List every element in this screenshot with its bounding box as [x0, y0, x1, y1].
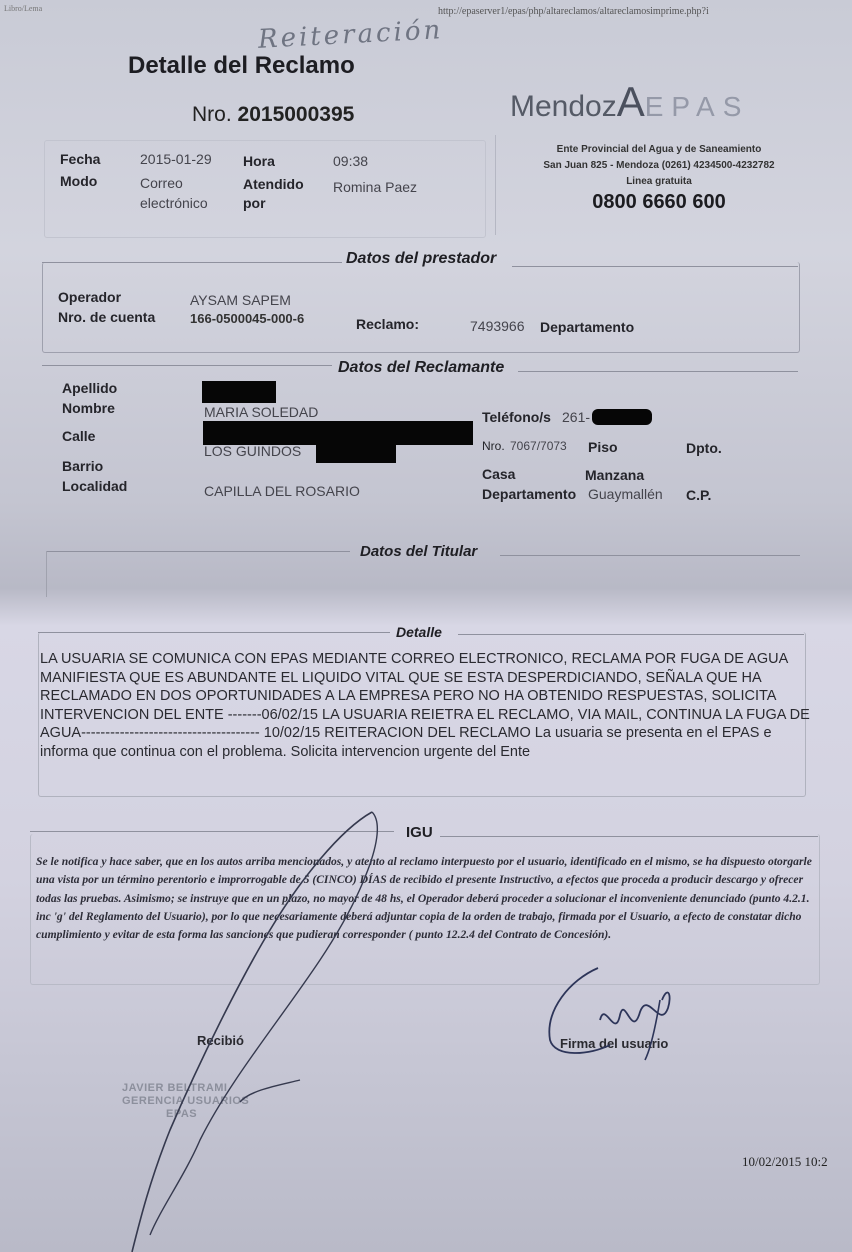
nombre-value: MARIA SOLEDAD — [204, 404, 318, 420]
hora-label: Hora — [243, 153, 275, 169]
claim-number: Nro. 2015000395 — [192, 103, 354, 127]
stamp-line-dept: GERENCIA USUARIOS — [122, 1095, 249, 1108]
nro-value: 7067/7073 — [510, 439, 567, 453]
prestador-rule-left — [42, 262, 342, 263]
received-stamp: JAVIER BELTRAMI GERENCIA USUARIOS EPAS — [122, 1082, 249, 1121]
logo-epas: EPAS — [645, 91, 750, 122]
modo-value-1: Correo — [140, 175, 183, 191]
operador-value: AYSAM SAPEM — [190, 292, 291, 308]
prestador-title: Datos del prestador — [340, 250, 502, 268]
header-divider — [495, 135, 496, 235]
reclamante-departamento-label: Departamento — [482, 486, 576, 502]
prestador-rule-right — [512, 266, 798, 267]
document-title: Detalle del Reclamo — [128, 52, 355, 80]
detalle-rule-right — [458, 634, 804, 635]
manzana-label: Manzana — [585, 467, 644, 483]
telefono-redacted — [592, 409, 652, 425]
atendido-label-2: por — [243, 195, 266, 211]
telefono-value: 261- — [562, 409, 590, 425]
nro-label: Nro. — [482, 439, 505, 453]
reclamo-value: 7493966 — [470, 318, 525, 334]
igu-rule-left — [30, 831, 394, 832]
reclamante-rule-right — [518, 371, 798, 372]
free-line-number: 0800 6660 600 — [520, 194, 798, 210]
localidad-value: CAPILLA DEL ROSARIO — [204, 483, 360, 499]
reclamante-title: Datos del Reclamante — [332, 359, 510, 377]
ente-address: San Juan 825 - Mendoza (0261) 4234500-42… — [520, 158, 798, 174]
cp-label: C.P. — [686, 487, 711, 503]
stamp-line-name: JAVIER BELTRAMI — [122, 1082, 249, 1095]
apellido-redacted — [202, 381, 276, 403]
igu-title: IGU — [400, 824, 439, 841]
localidad-label: Localidad — [62, 478, 127, 494]
titular-rule-right — [500, 555, 800, 556]
cuenta-label: Nro. de cuenta — [58, 309, 155, 325]
prestador-departamento-label: Departamento — [540, 319, 634, 335]
modo-value-2: electrónico — [140, 195, 208, 211]
prestador-box — [42, 262, 800, 353]
detalle-text: LA USUARIA SE COMUNICA CON EPAS MEDIANTE… — [40, 650, 810, 761]
corner-note: Libro/Lema — [4, 4, 42, 13]
operador-label: Operador — [58, 289, 121, 305]
hora-value: 09:38 — [333, 153, 368, 169]
reclamante-rule-left — [42, 365, 332, 366]
print-url: http://epaserver1/epas/php/altareclamos/… — [438, 6, 709, 17]
logo-a-icon: A — [617, 78, 645, 125]
calle-redacted — [203, 421, 473, 445]
dpto-label: Dpto. — [686, 440, 722, 456]
ente-info: Ente Provincial del Agua y de Saneamient… — [520, 142, 798, 210]
modo-label: Modo — [60, 173, 97, 189]
titular-box-left — [46, 551, 47, 597]
detalle-rule-left — [38, 632, 390, 633]
detalle-title: Detalle — [390, 624, 448, 640]
atendido-label-1: Atendido — [243, 176, 304, 192]
handwritten-note: Reiteración — [257, 15, 444, 55]
claim-number-label: Nro. — [192, 103, 232, 126]
nombre-label: Nombre — [62, 400, 115, 416]
free-line-label: Linea gratuita — [520, 174, 798, 190]
igu-rule-right — [440, 836, 818, 837]
cuenta-value: 166-0500045-000-6 — [190, 311, 304, 326]
casa-label: Casa — [482, 466, 515, 482]
barrio-label: Barrio — [62, 458, 103, 474]
stamp-line-org: EPAS — [122, 1108, 249, 1121]
ente-name: Ente Provincial del Agua y de Saneamient… — [520, 142, 798, 158]
calle-extra: LOS GUINDOS — [204, 443, 301, 459]
titular-rule-left — [46, 551, 350, 552]
atendido-value: Romina Paez — [333, 179, 417, 195]
titular-title: Datos del Titular — [354, 543, 483, 560]
recibio-label: Recibió — [197, 1033, 244, 1048]
igu-text: Se le notifica y hace saber, que en los … — [36, 853, 816, 944]
telefono-label: Teléfono/s — [482, 409, 551, 425]
print-timestamp: 10/02/2015 10:2 — [742, 1154, 828, 1170]
piso-label: Piso — [588, 439, 618, 455]
claim-number-value: 2015000395 — [238, 103, 355, 126]
reclamo-label: Reclamo: — [356, 316, 419, 332]
calle-label: Calle — [62, 428, 95, 444]
fecha-value: 2015-01-29 — [140, 151, 212, 167]
mendoza-epas-logo: MendozAEPAS — [510, 78, 749, 126]
apellido-label: Apellido — [62, 380, 117, 396]
firma-usuario-label: Firma del usuario — [560, 1036, 668, 1051]
logo-text-main: Mendoz — [510, 90, 617, 123]
fecha-label: Fecha — [60, 151, 100, 167]
calle-extra-redacted — [316, 443, 396, 463]
reclamante-departamento-value: Guaymallén — [588, 486, 663, 502]
